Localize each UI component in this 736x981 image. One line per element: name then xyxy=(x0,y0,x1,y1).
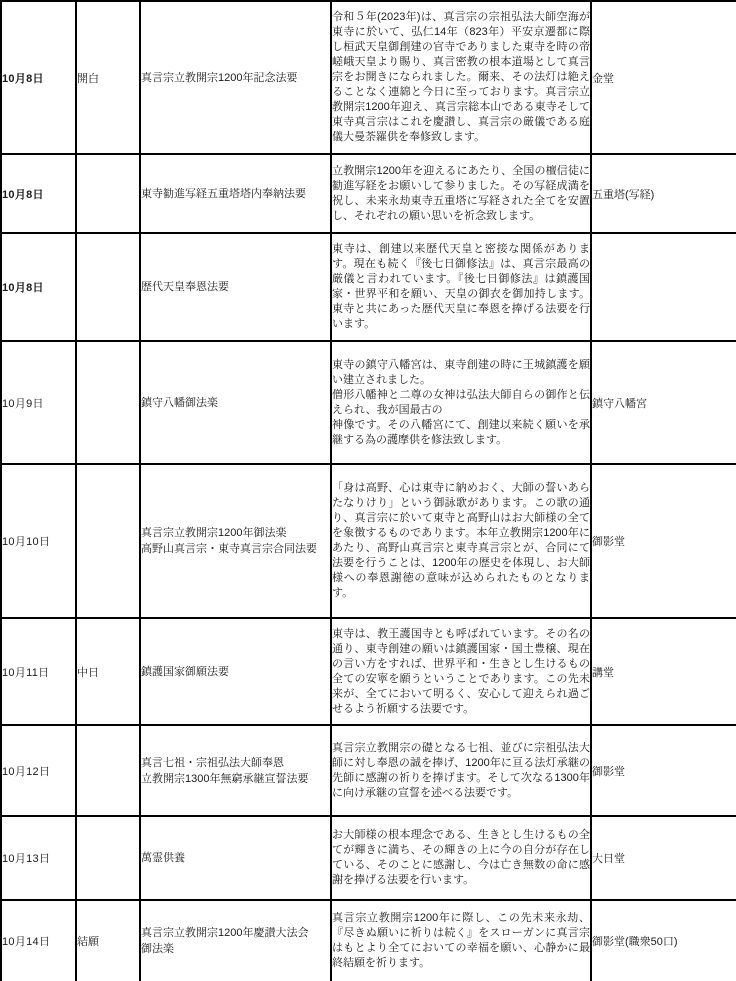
phase-cell: 結願 xyxy=(76,900,140,981)
phase-cell xyxy=(76,233,140,341)
ceremony-row: 10月12日 真言七祖・宗祖弘法大師奉恩 立教開宗1300年無窮承継宣誓法要 真… xyxy=(1,725,736,816)
date-cell: 10月8日 xyxy=(1,1,76,154)
phase-cell: 開白 xyxy=(76,1,140,154)
ceremony-name-cell: 鎮守八幡御法楽 xyxy=(140,341,331,464)
date-cell: 10月8日 xyxy=(1,233,76,341)
ceremony-row: 10月11日 中日 鎮護国家御願法要 東寺は、教王護国寺とも呼ばれています。その… xyxy=(1,618,736,725)
ceremony-row: 10月10日 真言宗立教開宗1200年御法楽 高野山真言宗・東寺真言宗合同法要 … xyxy=(1,464,736,618)
date-cell: 10月8日 xyxy=(1,154,76,233)
description-cell: 東寺は、教王護国寺とも呼ばれています。その名の通り、東寺創建の願いは鎮護国家・国… xyxy=(331,618,591,725)
ceremony-row: 10月8日 開白 真言宗立教開宗1200年記念法要 令和５年(2023年)は、真… xyxy=(1,1,736,154)
ceremony-row: 10月13日 萬霊供養 お大師様の根本理念である、生きとし生けるもの全てが輝きに… xyxy=(1,816,736,900)
ceremony-name-cell: 歴代天皇奉恩法要 xyxy=(140,233,331,341)
phase-cell xyxy=(76,816,140,900)
date-cell: 10月11日 xyxy=(1,618,76,725)
phase-cell xyxy=(76,341,140,464)
date-cell: 10月9日 xyxy=(1,341,76,464)
phase-cell xyxy=(76,725,140,816)
venue-cell xyxy=(591,233,736,341)
venue-cell: 講堂 xyxy=(591,618,736,725)
description-cell: 立教開宗1200年を迎えるにあたり、全国の檀信徒に勧進写経をお願いして参りました… xyxy=(331,154,591,233)
ceremony-name-cell: 真言宗立教開宗1200年慶讃大法会 御法楽 xyxy=(140,900,331,981)
phase-cell xyxy=(76,154,140,233)
venue-cell: 鎮守八幡宮 xyxy=(591,341,736,464)
ceremony-row: 10月9日 鎮守八幡御法楽 東寺の鎮守八幡宮は、東寺創建の時に王城鎮護を願い建立… xyxy=(1,341,736,464)
ceremony-name-cell: 萬霊供養 xyxy=(140,816,331,900)
phase-cell xyxy=(76,464,140,618)
description-cell: 真言宗立教開宗1200年に際し、この先未来永劫、『尽きぬ願いに祈りは続く』をスロ… xyxy=(331,900,591,981)
ceremony-name-cell: 真言七祖・宗祖弘法大師奉恩 立教開宗1300年無窮承継宣誓法要 xyxy=(140,725,331,816)
ceremony-name-cell: 真言宗立教開宗1200年御法楽 高野山真言宗・東寺真言宗合同法要 xyxy=(140,464,331,618)
schedule-page: 10月8日 開白 真言宗立教開宗1200年記念法要 令和５年(2023年)は、真… xyxy=(0,0,736,981)
ceremony-row: 10月14日 結願 真言宗立教開宗1200年慶讃大法会 御法楽 真言宗立教開宗1… xyxy=(1,900,736,981)
venue-cell: 御影堂(職衆50口) xyxy=(591,900,736,981)
date-cell: 10月10日 xyxy=(1,464,76,618)
description-cell: 真言宗立教開宗の礎となる七祖、並びに宗祖弘法大師に対し奉恩の誠を捧げ、1200年… xyxy=(331,725,591,816)
venue-cell: 大日堂 xyxy=(591,816,736,900)
ceremony-row: 10月8日 歴代天皇奉恩法要 東寺は、創建以来歴代天皇と密接な関係があります。現… xyxy=(1,233,736,341)
ceremony-name-cell: 東寺勧進写経五重塔塔内奉納法要 xyxy=(140,154,331,233)
description-cell: 令和５年(2023年)は、真言宗の宗祖弘法大師空海が東寺に於いて、弘仁14年（8… xyxy=(331,1,591,154)
description-cell: 東寺の鎮守八幡宮は、東寺創建の時に王城鎮護を願い建立されました。 僧形八幡神と二… xyxy=(331,341,591,464)
date-cell: 10月14日 xyxy=(1,900,76,981)
venue-cell: 御影堂 xyxy=(591,464,736,618)
phase-cell: 中日 xyxy=(76,618,140,725)
description-cell: お大師様の根本理念である、生きとし生けるもの全てが輝きに満ち、その輝きの上に今の… xyxy=(331,816,591,900)
ceremony-name-cell: 鎮護国家御願法要 xyxy=(140,618,331,725)
ceremony-schedule-table: 10月8日 開白 真言宗立教開宗1200年記念法要 令和５年(2023年)は、真… xyxy=(0,0,736,981)
ceremony-row: 10月8日 東寺勧進写経五重塔塔内奉納法要 立教開宗1200年を迎えるにあたり、… xyxy=(1,154,736,233)
description-cell: 東寺は、創建以来歴代天皇と密接な関係があります。現在も続く『後七日御修法』は、真… xyxy=(331,233,591,341)
venue-cell: 五重塔(写経) xyxy=(591,154,736,233)
date-cell: 10月12日 xyxy=(1,725,76,816)
description-cell: 「身は高野、心は東寺に納めおく、大師の誓いあらたなりけり」という御詠歌があります… xyxy=(331,464,591,618)
date-cell: 10月13日 xyxy=(1,816,76,900)
venue-cell: 金堂 xyxy=(591,1,736,154)
ceremony-name-cell: 真言宗立教開宗1200年記念法要 xyxy=(140,1,331,154)
venue-cell: 御影堂 xyxy=(591,725,736,816)
